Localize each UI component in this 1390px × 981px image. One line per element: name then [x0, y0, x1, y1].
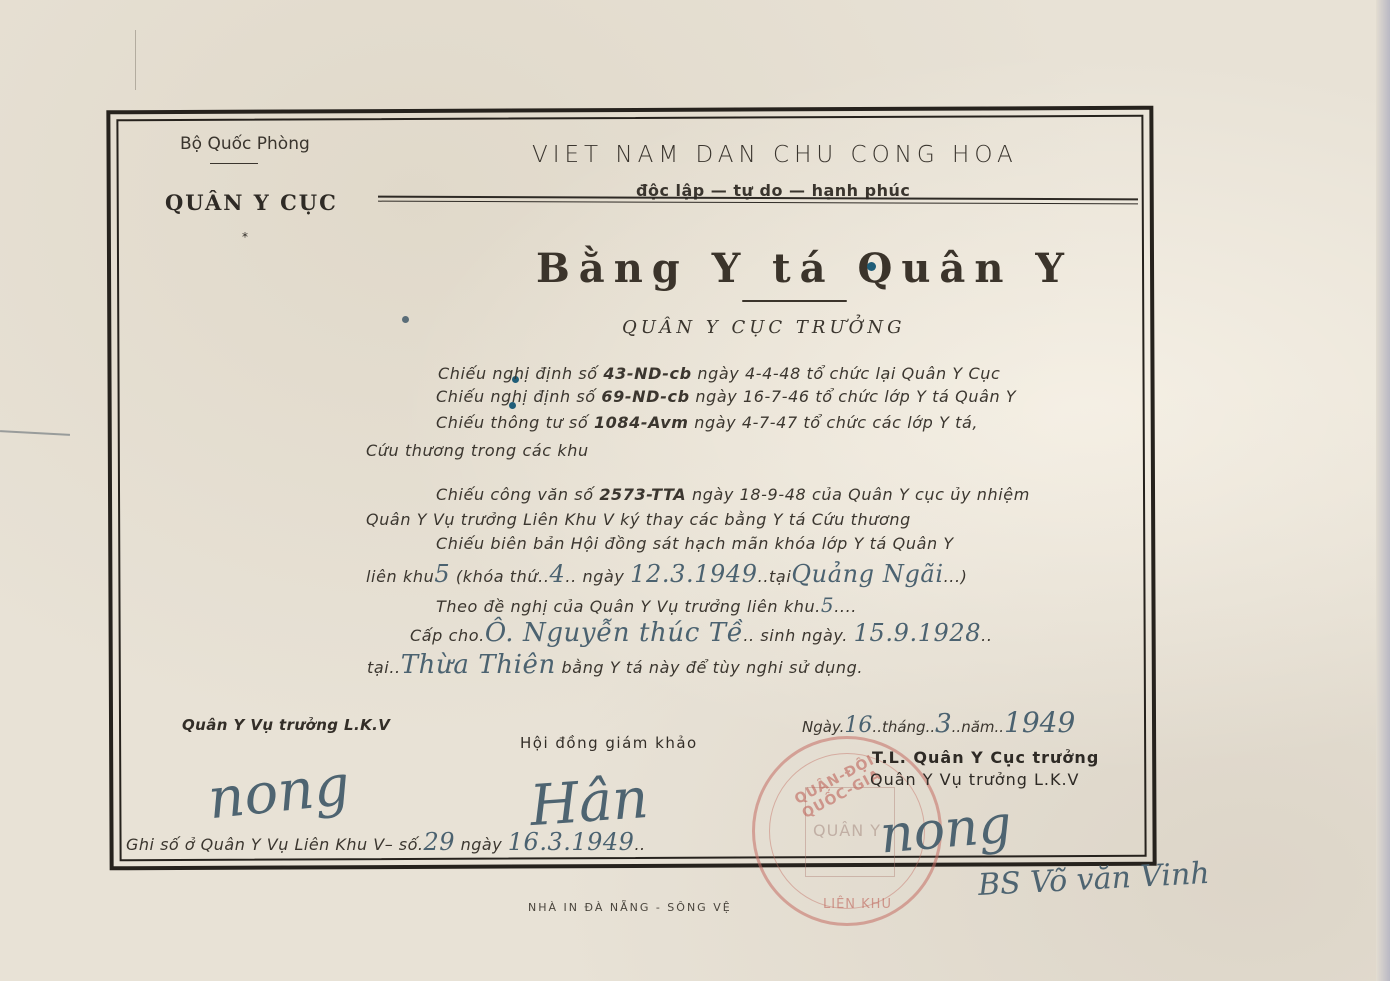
exam-place-value: Quảng Ngãi: [791, 560, 943, 588]
circular-line-cont: Cứu thương trong các khu: [366, 441, 589, 460]
paper-crease: [135, 30, 136, 90]
birth-date: 15.9.1928: [854, 619, 982, 647]
ministry-divider: [210, 163, 258, 164]
course-value: 4: [550, 560, 566, 588]
birthplace-value: Thừa Thiên: [401, 650, 556, 680]
proposal-line: Theo đề nghị của Quân Y Vụ trưởng liên k…: [436, 593, 857, 617]
left-signer-title: Quân Y Vụ trưởng L.K.V: [182, 716, 390, 734]
registry-number: 29: [423, 828, 455, 856]
right-signature: nong: [878, 794, 1014, 865]
decree-line-2: Chiếu nghị định số 69-ND-cb ngày 16-7-46…: [436, 387, 1016, 406]
certificate-title: Bằng Y tá Quân Y: [536, 245, 1073, 292]
registry-date: 16.3.1949: [508, 828, 635, 856]
recipient-name: Ô. Nguyễn thúc Tề: [485, 618, 743, 648]
zone-value: 5: [434, 560, 450, 588]
issue-month: 3: [935, 709, 952, 739]
star-icon: *: [242, 230, 248, 244]
birthplace-line: tại..Thừa Thiên bằng Y tá này để tùy ngh…: [367, 650, 863, 680]
department-name: QUÂN Y CỤC: [165, 190, 338, 215]
printer-imprint: NHÀ IN ĐÀ NẴNG - SÔNG VỆ: [528, 901, 732, 914]
examiner-board-title: Hội đồng giám khảo: [520, 734, 698, 752]
issue-year: 1949: [1004, 706, 1075, 739]
paper-tear: [0, 430, 70, 436]
ministry-name: Bộ Quốc Phòng: [180, 134, 310, 154]
seal-center-text: QUÂN Y: [813, 821, 881, 840]
circular-line: Chiếu thông tư số 1084-Avm ngày 4-7-47 t…: [436, 413, 978, 432]
registry-line: Ghi số ở Quân Y Vụ Liên Khu V– số.29 ngà…: [126, 828, 646, 856]
dispatch-line-cont: Quân Y Vụ trưởng Liên Khu V ký thay các …: [366, 510, 911, 529]
title-underline: [742, 300, 847, 302]
right-signer-subtitle: Quân Y Vụ trưởng L.K.V: [870, 770, 1079, 789]
recipient-line: Cấp cho.Ô. Nguyễn thúc Tề.. sinh ngày. 1…: [410, 618, 993, 648]
exam-minutes-line: Chiếu biên bản Hội đồng sát hạch mãn khó…: [436, 534, 954, 553]
dispatch-line: Chiếu công văn số 2573-TTA ngày 18-9-48 …: [436, 485, 1030, 504]
seal-bottom-text: LIÊN KHU: [823, 897, 892, 912]
ink-spot: [402, 316, 409, 323]
issuer-title: QUÂN Y CỤC TRƯỞNG: [622, 317, 906, 338]
country-name: VIET NAM DAN CHU CONG HOA: [532, 142, 1018, 168]
issue-day: 16: [844, 713, 872, 738]
right-signer-title: T.L. Quân Y Cục trưởng: [872, 748, 1099, 767]
certificate-paper: Bộ Quốc Phòng QUÂN Y CỤC * VIET NAM DAN …: [0, 0, 1390, 981]
decree-line-1: Chiếu nghị định số 43-ND-cb ngày 4-4-48 …: [438, 364, 1000, 383]
paper-edge: [1376, 0, 1390, 981]
exam-date-value: 12.3.1949: [630, 560, 758, 588]
issue-date: Ngày.16..tháng..3..năm..1949: [802, 706, 1075, 739]
ink-spot: [867, 262, 876, 271]
exam-details-line: liên khu5 (khóa thứ..4.. ngày 12.3.1949.…: [366, 560, 968, 588]
proposal-zone-value: 5: [821, 593, 834, 617]
